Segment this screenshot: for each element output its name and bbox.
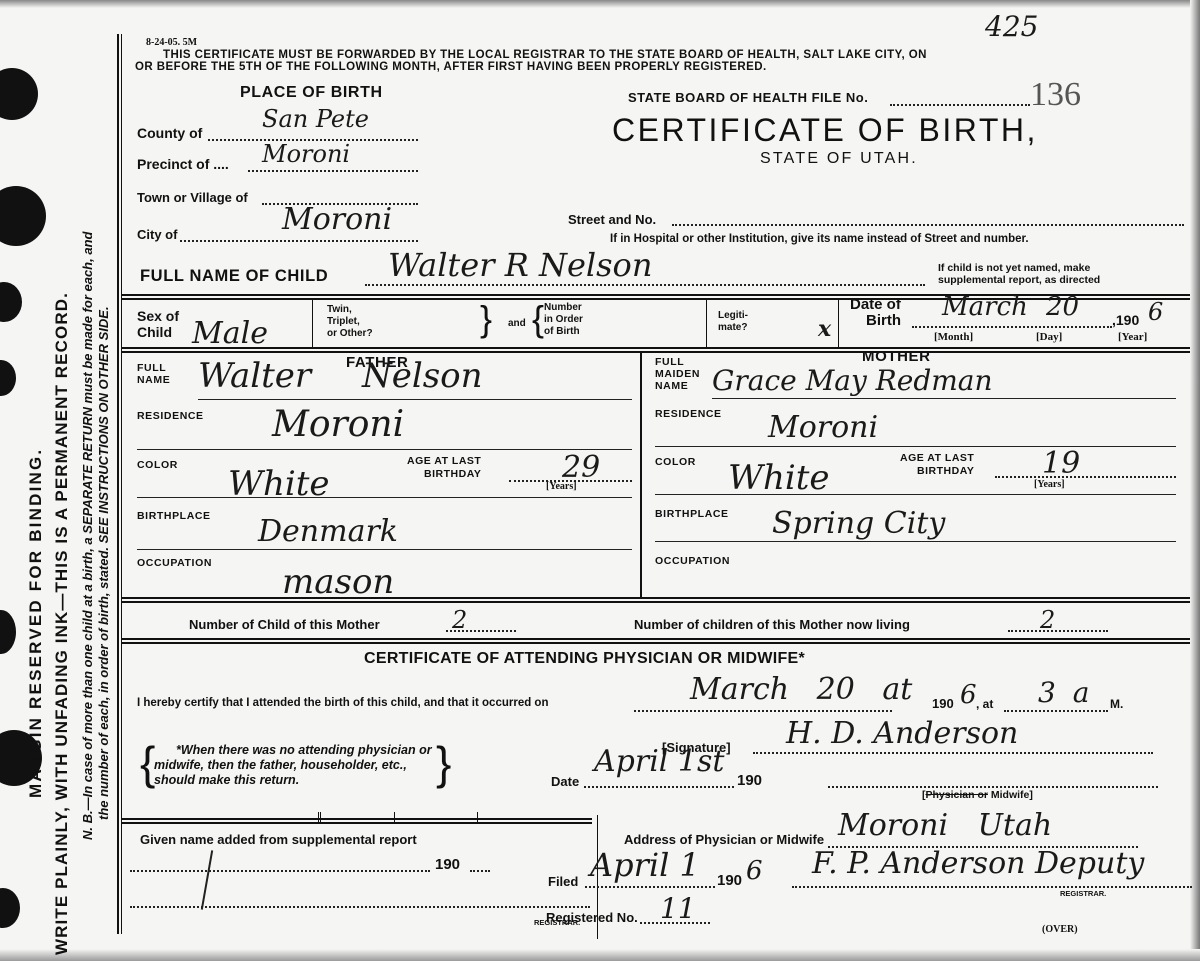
living-children-label: Number of children of this Mother now li…	[634, 617, 910, 632]
left-frame-line	[117, 34, 119, 934]
street-label: Street and No.	[568, 212, 656, 227]
father-residence-value[interactable]: Moroni	[272, 404, 404, 445]
mother-age-label-1: AGE AT LAST	[900, 452, 974, 465]
father-name-label: FULL NAME	[137, 362, 170, 386]
dob-line	[912, 326, 1112, 328]
mother-name-value[interactable]: Grace May Redman	[712, 364, 993, 397]
legit-label-2: mate?	[718, 322, 748, 334]
twin-label-3: or Other?	[327, 328, 373, 340]
form-code: 8-24-05. 5M	[146, 37, 197, 48]
father-name-line	[198, 399, 632, 400]
twin-label-2: Triplet,	[327, 316, 373, 328]
mother-residence-label: RESIDENCE	[655, 408, 722, 420]
left-frame-line	[121, 34, 122, 934]
registrar-signature-value[interactable]: F. P. Anderson Deputy	[812, 846, 1144, 881]
child-full-name-value[interactable]: Walter R Nelson	[388, 246, 652, 284]
unnamed-note-line-1: If child is not yet named, make	[938, 262, 1100, 274]
father-years-caption: [Years]	[546, 481, 577, 492]
hospital-note: If in Hospital or other Institution, giv…	[610, 233, 1029, 245]
dob-month-value[interactable]: March	[942, 292, 1028, 322]
section-rule	[122, 822, 592, 824]
father-residence-label: RESIDENCE	[137, 410, 204, 422]
file-number-dotted-line	[890, 104, 1030, 106]
column-divider	[312, 300, 313, 348]
father-color-value[interactable]: White	[228, 464, 330, 504]
over-label: (OVER)	[1042, 924, 1078, 935]
supplemental-registrar-line	[130, 906, 590, 908]
note-line-3: should make this return.	[154, 773, 432, 788]
occurred-date-value[interactable]: March 20 at	[690, 672, 912, 707]
father-name-label-2: NAME	[137, 374, 170, 386]
father-birthplace-value[interactable]: Denmark	[258, 514, 398, 549]
birth-order-label: Number in Order of Birth	[544, 302, 583, 338]
physician-role-label: [Physician or Midwife]	[922, 789, 1033, 801]
filed-line	[585, 886, 715, 888]
town-village-label: Town or Village of	[137, 190, 248, 205]
address-label: Address of Physician or Midwife	[624, 832, 824, 847]
registered-number-label: Registered No.	[546, 910, 638, 925]
supplemental-year-prefix: 190	[435, 856, 460, 873]
father-birthplace-line	[137, 549, 632, 550]
mother-birthplace-label: BIRTHPLACE	[655, 508, 729, 520]
and-label: and	[508, 318, 526, 329]
date-of-birth-label: Date of Birth	[850, 297, 901, 329]
forwarding-notice-line-1: THIS CERTIFICATE MUST BE FORWARDED BY TH…	[163, 49, 927, 61]
signature-line	[753, 752, 1153, 754]
father-name-value[interactable]: Walter Nelson	[198, 356, 483, 396]
supplemental-pen-mark	[201, 850, 213, 909]
occurred-year-prefix: 190	[932, 696, 954, 711]
father-occupation-value[interactable]: mason	[282, 562, 394, 602]
margin-nb-note-1: N. B.—In case of more than one child at …	[80, 232, 95, 840]
dob-label-1: Date of	[850, 297, 901, 313]
mother-name-label-3: NAME	[655, 380, 700, 392]
order-label-3: of Birth	[544, 326, 583, 338]
sex-label-line-2: Child	[137, 324, 179, 340]
father-age-label-1: AGE AT LAST	[407, 455, 481, 468]
order-label-2: in Order	[544, 314, 583, 326]
city-label: City of	[137, 227, 177, 242]
supplemental-year-line	[470, 870, 490, 872]
registered-number-value[interactable]: 11	[660, 892, 696, 925]
order-label-1: Number	[544, 302, 583, 314]
father-occupation-label: OCCUPATION	[137, 557, 212, 569]
mother-heading: MOTHER	[862, 348, 931, 365]
mother-name-line	[712, 398, 1176, 399]
mother-birthplace-value[interactable]: Spring City	[772, 506, 945, 541]
precinct-label: Precinct of ....	[137, 156, 229, 172]
registrar-signature-line	[792, 886, 1192, 888]
child-full-name-label: FULL NAME OF CHILD	[140, 267, 328, 286]
mother-age-label-2: BIRTHDAY	[900, 465, 974, 478]
city-value[interactable]: Moroni	[282, 202, 392, 237]
mother-color-label: COLOR	[655, 456, 696, 468]
legitimate-value[interactable]: x	[818, 316, 831, 342]
dob-year-value[interactable]: 6	[1148, 298, 1163, 326]
margin-nb-note-2: the number of each, in order of birth, s…	[96, 306, 111, 820]
tick-mark	[318, 812, 319, 824]
brace-icon: {	[532, 298, 544, 340]
county-label: County of	[137, 125, 202, 141]
certificate-title: CERTIFICATE OF BIRTH,	[612, 112, 1038, 149]
section-rule	[122, 351, 1190, 353]
binding-hole	[0, 360, 16, 396]
section-rule	[122, 298, 1190, 300]
column-divider	[706, 300, 707, 348]
father-color-line	[137, 497, 632, 498]
place-of-birth-heading: PLACE OF BIRTH	[240, 84, 383, 102]
tick-mark	[477, 812, 478, 824]
certificate-subtitle: STATE OF UTAH.	[760, 150, 918, 168]
father-birthplace-label: BIRTHPLACE	[137, 510, 211, 522]
twin-triplet-label: Twin, Triplet, or Other?	[327, 304, 373, 340]
note-line-2: midwife, then the father, householder, e…	[154, 758, 432, 773]
occurred-time-value[interactable]: 3 a	[1038, 676, 1089, 709]
twin-label-1: Twin,	[327, 304, 373, 316]
date-value[interactable]: April 1st	[594, 744, 724, 779]
occurred-year-value[interactable]: 6	[960, 680, 977, 710]
mother-age-line	[995, 476, 1176, 478]
mother-residence-value[interactable]: Moroni	[768, 410, 878, 445]
filed-label: Filed	[548, 874, 578, 889]
sex-label-line-1: Sex of	[137, 308, 179, 324]
year-caption: [Year]	[1118, 331, 1147, 343]
sex-label: Sex of Child	[137, 308, 179, 340]
occurred-date-line	[634, 710, 892, 712]
mother-birthplace-line	[655, 541, 1176, 542]
father-name-label-1: FULL	[137, 362, 170, 374]
living-children-value[interactable]: 2	[1040, 606, 1055, 634]
file-number-label: STATE BOARD OF HEALTH FILE No.	[628, 90, 868, 105]
section-rule	[122, 601, 1190, 603]
binding-margin: MARGIN RESERVED FOR BINDING. WRITE PLAIN…	[0, 0, 118, 961]
father-age-label: AGE AT LAST BIRTHDAY	[407, 455, 481, 481]
date-line	[584, 786, 734, 788]
role-midwife: Midwife]	[991, 789, 1033, 801]
note-line-1: *When there was no attending physician o…	[154, 743, 432, 758]
precinct-line	[248, 170, 418, 172]
address-value[interactable]: Moroni Utah	[838, 808, 1052, 843]
child-number-value[interactable]: 2	[452, 606, 467, 634]
month-caption: [Month]	[934, 331, 973, 343]
column-divider	[838, 300, 839, 348]
tick-mark	[394, 812, 395, 824]
registrar-label: REGISTRAR.	[1060, 889, 1106, 898]
meridian-label: M.	[1110, 697, 1123, 711]
time-line	[1004, 710, 1108, 712]
filed-year-prefix: 190	[717, 872, 742, 889]
filed-year-value[interactable]: 6	[746, 856, 763, 886]
mother-name-label-2: MAIDEN	[655, 368, 700, 380]
legit-label-1: Legiti-	[718, 310, 748, 322]
at-label: , at	[976, 697, 993, 711]
physician-signature-value[interactable]: H. D. Anderson	[786, 716, 1018, 751]
binding-hole	[0, 888, 20, 928]
section-rule	[122, 294, 1190, 296]
child-number-label: Number of Child of this Mother	[189, 617, 380, 632]
section-rule	[122, 638, 1190, 640]
section-rule	[122, 597, 1190, 599]
parents-divider	[640, 352, 642, 598]
file-number-value: 136	[1030, 76, 1081, 114]
unnamed-child-note: If child is not yet named, make suppleme…	[938, 262, 1100, 286]
mother-age-label: AGE AT LAST BIRTHDAY	[900, 452, 974, 478]
mother-name-label-1: FULL	[655, 356, 700, 368]
certify-statement: I hereby certify that I attended the bir…	[137, 697, 548, 709]
city-line	[180, 240, 418, 242]
child-name-line	[365, 284, 925, 286]
precinct-value[interactable]: Moroni	[262, 140, 350, 168]
stamp-number: 425	[985, 10, 1038, 43]
physician-certificate-heading: CERTIFICATE OF ATTENDING PHYSICIAN OR MI…	[364, 650, 805, 668]
section-rule	[122, 818, 592, 820]
legitimate-label: Legiti- mate?	[718, 310, 748, 334]
mother-color-value[interactable]: White	[728, 458, 830, 498]
scan-right-edge	[1190, 0, 1200, 961]
scan-bottom-shadow	[0, 949, 1200, 961]
filed-date-value[interactable]: April 1	[590, 846, 700, 884]
date-year-prefix: 190	[737, 772, 762, 789]
street-line	[672, 224, 1184, 226]
father-residence-line	[137, 449, 632, 450]
binding-hole	[0, 68, 38, 120]
mother-name-label: FULL MAIDEN NAME	[655, 356, 700, 392]
supplemental-line	[130, 870, 430, 872]
dob-year-prefix: ,190	[1112, 312, 1139, 328]
mother-residence-line	[655, 446, 1176, 447]
binding-hole	[0, 186, 46, 246]
dob-day-value[interactable]: 20	[1046, 292, 1079, 322]
brace-icon: }	[436, 740, 451, 786]
father-color-label: COLOR	[137, 459, 178, 471]
supplemental-given-name-label: Given name added from supplemental repor…	[140, 832, 417, 847]
forwarding-notice-line-2: OR BEFORE THE 5TH OF THE FOLLOWING MONTH…	[135, 61, 767, 73]
sex-value[interactable]: Male	[192, 316, 268, 351]
margin-binding-notice: MARGIN RESERVED FOR BINDING.	[26, 448, 46, 798]
tick-mark	[320, 812, 321, 824]
mother-age-value[interactable]: 19	[1042, 446, 1080, 481]
day-caption: [Day]	[1036, 331, 1062, 343]
dob-label-2: Birth	[850, 313, 901, 329]
mother-occupation-label: OCCUPATION	[655, 555, 730, 567]
scan-top-shadow	[0, 0, 1200, 8]
county-value[interactable]: San Pete	[262, 105, 369, 133]
father-age-label-2: BIRTHDAY	[407, 468, 481, 481]
date-label: Date	[551, 774, 579, 789]
margin-permanent-record-notice: WRITE PLAINLY, WITH UNFADING INK—THIS IS…	[52, 292, 72, 955]
unnamed-note-line-2: supplemental report, as directed	[938, 274, 1100, 286]
section-rule	[122, 642, 1190, 644]
mother-color-line	[655, 494, 1176, 495]
living-children-line	[1008, 630, 1108, 632]
no-physician-note: *When there was no attending physician o…	[154, 743, 432, 788]
binding-hole	[0, 282, 22, 322]
mother-years-caption: [Years]	[1034, 479, 1065, 490]
role-struck-physician: Physician or	[926, 789, 988, 801]
birth-certificate-page: MARGIN RESERVED FOR BINDING. WRITE PLAIN…	[0, 0, 1200, 961]
binding-hole	[0, 610, 16, 654]
father-age-value[interactable]: 29	[562, 450, 600, 485]
section-rule	[122, 347, 1190, 349]
role-line	[828, 786, 1158, 788]
brace-icon: }	[480, 298, 492, 340]
